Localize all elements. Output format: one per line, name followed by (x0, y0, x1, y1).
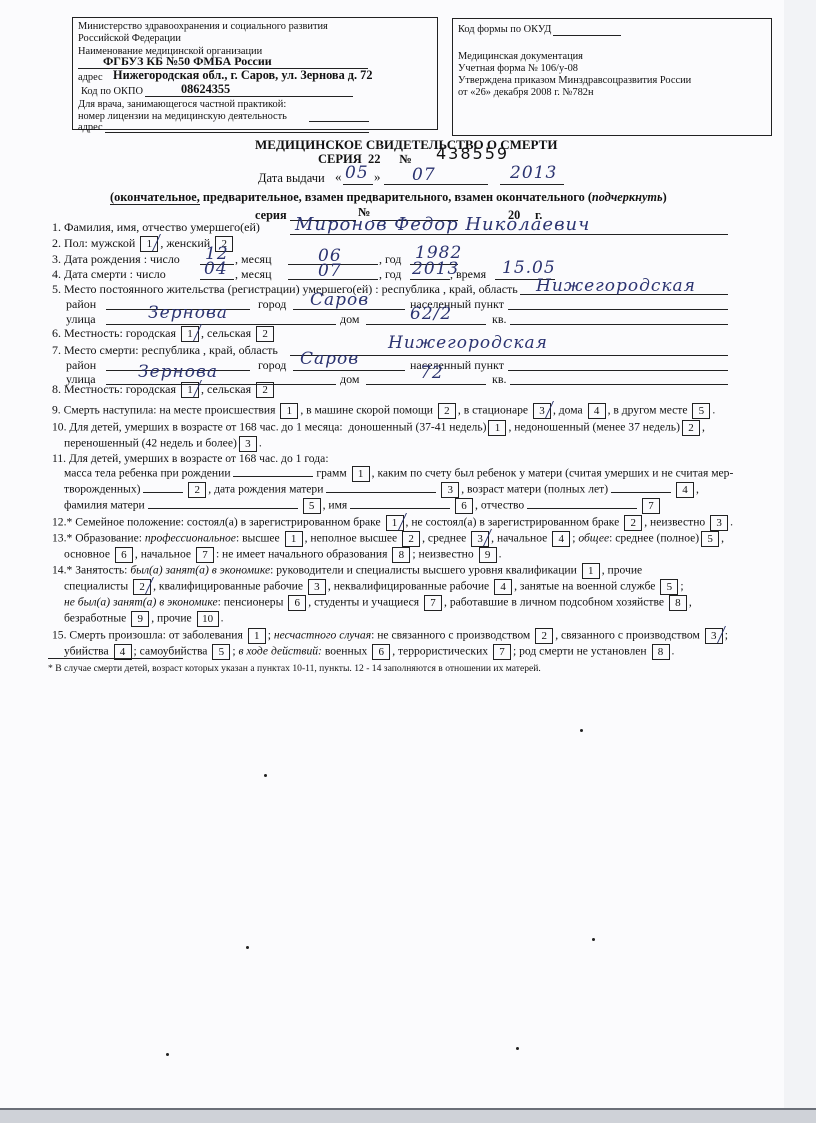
cause-unknown-checkbox[interactable]: 8 (652, 644, 670, 660)
premature-checkbox[interactable]: 2 (682, 420, 700, 436)
field14-line4: безработные 9, прочие 10. (64, 611, 224, 627)
not-married-checkbox[interactable]: 2 (624, 515, 642, 531)
okpo-label: Код по ОКПО (81, 85, 143, 98)
mother-name-box[interactable]: 6 (455, 498, 473, 514)
series-value: 22 (368, 152, 381, 166)
cause-accident-nonwork-checkbox[interactable]: 2 (535, 628, 553, 644)
field3-label: 3. Дата рождения : число (52, 252, 180, 266)
death-location-other-checkbox[interactable]: 5 (692, 403, 710, 419)
full-term-checkbox[interactable]: 1 (488, 420, 506, 436)
occ-pensioners-checkbox[interactable]: 6 (288, 595, 306, 611)
issue-date-label: Дата выдачи (258, 171, 325, 185)
child-mass-box[interactable]: 1 (352, 466, 370, 482)
residence-urban-checkbox[interactable]: 1 (181, 326, 199, 342)
field9-line: 9. Смерть наступила: на месте происшеств… (52, 403, 715, 419)
edu-none-checkbox[interactable]: 8 (392, 547, 410, 563)
footnote: * В случае смерти детей, возраст которых… (48, 662, 541, 676)
field12-line: 12.* Семейное положение: состоял(а) в за… (52, 515, 733, 531)
cause-accident-work-checkbox[interactable]: 3 (705, 628, 723, 644)
married-checkbox[interactable]: 1 (386, 515, 404, 531)
document-title: МЕДИЦИНСКОЕ СВИДЕТЕЛЬСТВО О СМЕРТИ (255, 138, 557, 152)
field8-line: 8. Местность: городская 1, сельская 2 (52, 382, 276, 398)
occ-skilled-checkbox[interactable]: 3 (308, 579, 326, 595)
death-location-home-checkbox[interactable]: 4 (588, 403, 606, 419)
final-underline (110, 204, 200, 205)
order-text: от «26» декабря 2008 г. №782н (458, 86, 594, 99)
residence-rural-checkbox[interactable]: 2 (256, 326, 274, 342)
death-city[interactable]: Саров (300, 349, 359, 369)
field15-line1: 15. Смерть произошла: от заболевания 1; … (52, 628, 728, 644)
field14-line3: не был(а) занят(а) в экономике: пенсионе… (64, 595, 692, 611)
edu-higher-checkbox[interactable]: 1 (285, 531, 303, 547)
sex-male-checkbox[interactable]: 1 (140, 236, 158, 252)
field7-label: 7. Место смерти: республика , край, обла… (52, 343, 278, 357)
field5-label: 5. Место постоянного жительства (регистр… (52, 282, 518, 296)
edu-unknown-checkbox[interactable]: 9 (479, 547, 497, 563)
residence-house[interactable]: 62/2 (410, 304, 452, 324)
death-day[interactable]: 04 (204, 259, 228, 279)
field11-line1: масса тела ребенка при рождении грамм 1,… (64, 466, 733, 482)
edu-primary-checkbox[interactable]: 4 (552, 531, 570, 547)
occ-household-checkbox[interactable]: 8 (669, 595, 687, 611)
edu-basic-checkbox[interactable]: 6 (115, 547, 133, 563)
form-info-box: Код формы по ОКУД Медицинская документац… (452, 18, 772, 136)
mother-age-box[interactable]: 4 (676, 482, 694, 498)
mother-dob-box[interactable]: 3 (441, 482, 459, 498)
issue-month: 07 (412, 165, 436, 185)
org-address: Нижегородская обл., г. Саров, ул. Зернов… (113, 68, 372, 83)
occ-students-checkbox[interactable]: 7 (424, 595, 442, 611)
occ-managers-checkbox[interactable]: 1 (582, 563, 600, 579)
field1-label: 1. Фамилия, имя, отчество умершего(ей) (52, 220, 260, 234)
issue-day: 05 (345, 163, 369, 183)
field10-line2: переношенный (42 недель и более)3. (64, 436, 262, 452)
occ-specialists-checkbox[interactable]: 2 (133, 579, 151, 595)
residence-street[interactable]: Зернова (148, 303, 228, 323)
death-location-hospital-checkbox[interactable]: 3 (533, 403, 551, 419)
scanner-bottom-edge (0, 1108, 816, 1123)
field11-label: 11. Для детей, умерших в возрасте от 168… (52, 452, 329, 466)
certificate-number: 438559 (436, 147, 509, 161)
post-term-checkbox[interactable]: 3 (239, 436, 257, 452)
marital-unknown-checkbox[interactable]: 3 (710, 515, 728, 531)
death-location-ambulance-checkbox[interactable]: 2 (438, 403, 456, 419)
field11-line3: фамилия матери 5, имя 6, отчество 7 (64, 498, 662, 514)
deceased-full-name[interactable]: Миронов Федор Николаевич (295, 214, 590, 235)
death-month[interactable]: 07 (318, 261, 342, 281)
certificate-type-line: (окончательное, предварительное, взамен … (110, 190, 667, 204)
number-label: № (399, 152, 412, 166)
okud-label: Код формы по ОКУД (458, 23, 551, 36)
occ-unskilled-checkbox[interactable]: 4 (494, 579, 512, 595)
mother-patronymic-box[interactable]: 7 (642, 498, 660, 514)
residence-region[interactable]: Нижегородская (536, 276, 696, 296)
death-place-rural-checkbox[interactable]: 2 (256, 382, 274, 398)
field11-line2: творожденных) 2, дата рождения матери 3,… (64, 482, 699, 498)
mother-surname-box[interactable]: 5 (303, 498, 321, 514)
field10-line: 10. Для детей, умерших в возрасте от 168… (52, 420, 705, 436)
death-house[interactable]: 72 (420, 363, 444, 383)
field13-line1: 13.* Образование: профессиональное: высш… (52, 531, 724, 547)
cause-disease-checkbox[interactable]: 1 (248, 628, 266, 644)
edu-general-secondary-checkbox[interactable]: 5 (701, 531, 719, 547)
org-name: ФГБУЗ КБ №50 ФМБА России (103, 54, 272, 69)
edu-secondary-checkbox[interactable]: 3 (471, 531, 489, 547)
address-label: адрес (78, 71, 103, 84)
death-region[interactable]: Нижегородская (388, 333, 548, 353)
type-options: (окончательное, предварительное, взамен … (110, 190, 592, 204)
footnote-divider (48, 658, 183, 659)
license-label: номер лицензии на медицинскую деятельнос… (78, 110, 287, 123)
death-place-urban-checkbox[interactable]: 1 (181, 382, 199, 398)
occ-other-checkbox[interactable]: 10 (197, 611, 219, 627)
field4-label: 4. Дата смерти : число (52, 267, 166, 281)
field13-line2: основное 6, начальное 7: не имеет началь… (64, 547, 502, 563)
child-order-box[interactable]: 2 (188, 482, 206, 498)
edu-general-primary-checkbox[interactable]: 7 (196, 547, 214, 563)
residence-city[interactable]: Саров (310, 290, 369, 310)
organization-stamp-box: Министерство здравоохранения и социально… (72, 17, 438, 130)
occ-unemployed-checkbox[interactable]: 9 (131, 611, 149, 627)
death-time[interactable]: 15.05 (502, 258, 556, 278)
field14-line2: специалисты 2, квалифицированные рабочие… (64, 579, 684, 595)
death-street[interactable]: Зернова (138, 362, 218, 382)
death-location-scene-checkbox[interactable]: 1 (280, 403, 298, 419)
federation-text: Российской Федерации (78, 32, 181, 45)
edu-incomplete-higher-checkbox[interactable]: 2 (402, 531, 420, 547)
scanner-edge (784, 0, 816, 1123)
address2-label: адрес (78, 121, 103, 134)
occ-military-checkbox[interactable]: 5 (660, 579, 678, 595)
cause-terror-checkbox[interactable]: 7 (493, 644, 511, 660)
okpo-value: 08624355 (181, 82, 230, 97)
field6-line: 6. Местность: городская 1, сельская 2 (52, 326, 276, 342)
issue-year: 2013 (510, 163, 557, 183)
cause-military-checkbox[interactable]: 6 (372, 644, 390, 660)
cause-suicide-checkbox[interactable]: 5 (212, 644, 230, 660)
